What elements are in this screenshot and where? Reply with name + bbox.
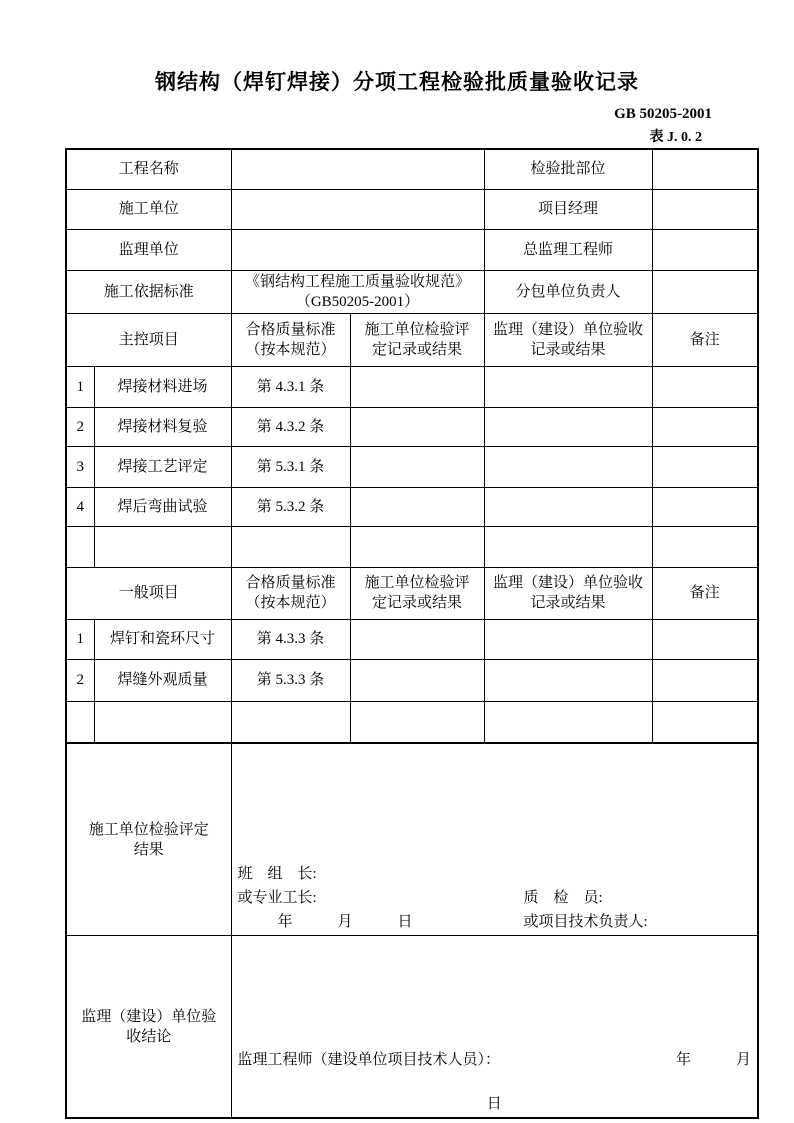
acceptance-record-table: 工程名称 检验批部位 施工单位 项目经理 监理单位 总监理工程师 施工依据标准 … bbox=[65, 148, 759, 1119]
item-number: 2 bbox=[66, 407, 94, 446]
item-name[interactable] bbox=[94, 526, 231, 567]
item-number: 4 bbox=[66, 487, 94, 526]
supervisor-result-cell[interactable] bbox=[484, 366, 652, 407]
contractor-result-cell[interactable] bbox=[350, 487, 484, 526]
supervisor-conclusion-row: 监理（建设）单位验 收结论 监理工程师（建设单位项目技术人员）： 年 月 日 bbox=[66, 936, 758, 1119]
contractor-value-cell[interactable] bbox=[231, 189, 484, 229]
general-items-header-row: 一般项目 合格质量标准 （按本规范） 施工单位检验评 定记录或结果 监理（建设）… bbox=[66, 567, 758, 619]
standard-code: GB 50205-2001 bbox=[614, 106, 712, 123]
inspection-lot-value-cell[interactable] bbox=[652, 149, 758, 189]
general-item-row-2: 2 焊缝外观质量 第 5.3.3 条 bbox=[66, 659, 758, 701]
main-item-row-2: 2 焊接材料复验 第 4.3.2 条 bbox=[66, 407, 758, 446]
main-items-header-row: 主控项目 合格质量标准 （按本规范） 施工单位检验评 定记录或结果 监理（建设）… bbox=[66, 313, 758, 366]
project-manager-value-cell[interactable] bbox=[652, 189, 758, 229]
item-number: 1 bbox=[66, 366, 94, 407]
signature-line-1: 班 组 长: 质 检 员: bbox=[232, 838, 758, 862]
subcontractor-head-value-cell[interactable] bbox=[652, 270, 758, 313]
info-row-supervisor: 监理单位 总监理工程师 bbox=[66, 229, 758, 270]
project-name-value-cell[interactable] bbox=[231, 149, 484, 189]
general-contractor-record-header: 施工单位检验评 定记录或结果 bbox=[350, 567, 484, 619]
item-number: 1 bbox=[66, 619, 94, 659]
contractor-result-cell[interactable] bbox=[350, 407, 484, 446]
contractor-result-cell[interactable] bbox=[350, 659, 484, 701]
supervisor-result-cell[interactable] bbox=[484, 446, 652, 487]
item-name: 焊钉和瓷环尺寸 bbox=[94, 619, 231, 659]
item-clause[interactable] bbox=[231, 701, 350, 743]
technical-head-label: 或项目技术负责人: bbox=[524, 910, 648, 934]
contractor-evaluation-content-cell[interactable]: 班 组 长: 质 检 员: 或专业工长: 或项目技术负责人: 年 月 日 年 月… bbox=[231, 743, 758, 936]
item-name: 焊接材料复验 bbox=[94, 407, 231, 446]
main-item-row-3: 3 焊接工艺评定 第 5.3.1 条 bbox=[66, 446, 758, 487]
item-name[interactable] bbox=[94, 701, 231, 743]
item-clause: 第 5.3.3 条 bbox=[231, 659, 350, 701]
item-clause: 第 5.3.1 条 bbox=[231, 446, 350, 487]
item-number: 3 bbox=[66, 446, 94, 487]
supervision-unit-label: 监理单位 bbox=[66, 229, 231, 270]
supervisor-conclusion-label: 监理（建设）单位验 收结论 bbox=[66, 936, 231, 1119]
remark-cell[interactable] bbox=[652, 487, 758, 526]
contractor-result-cell[interactable] bbox=[350, 701, 484, 743]
remark-cell[interactable] bbox=[652, 407, 758, 446]
conclusion-signature-line: 监理工程师（建设单位项目技术人员）： 年 月 bbox=[238, 1049, 752, 1071]
construction-standard-value: 《钢结构工程施工质量验收规范》 （GB50205-2001） bbox=[231, 270, 484, 313]
info-row-contractor: 施工单位 项目经理 bbox=[66, 189, 758, 229]
item-name: 焊后弯曲试验 bbox=[94, 487, 231, 526]
supervising-engineer-label: 监理工程师（建设单位项目技术人员）： bbox=[238, 1049, 501, 1071]
remark-cell[interactable] bbox=[652, 659, 758, 701]
project-name-label: 工程名称 bbox=[66, 149, 231, 189]
main-item-row-4: 4 焊后弯曲试验 第 5.3.2 条 bbox=[66, 487, 758, 526]
info-row-project: 工程名称 检验批部位 bbox=[66, 149, 758, 189]
contractor-evaluation-label: 施工单位检验评定 结果 bbox=[66, 743, 231, 936]
document-page: 钢结构（焊钉焊接）分项工程检验批质量验收记录 GB 50205-2001 表 J… bbox=[0, 0, 794, 1123]
table-number: 表 J. 0. 2 bbox=[650, 126, 703, 146]
subcontractor-head-label: 分包单位负责人 bbox=[484, 270, 652, 313]
remark-cell[interactable] bbox=[652, 526, 758, 567]
remark-cell[interactable] bbox=[652, 446, 758, 487]
conclusion-date-day: 日 bbox=[487, 1096, 502, 1112]
contractor-result-cell[interactable] bbox=[350, 446, 484, 487]
item-number bbox=[66, 701, 94, 743]
item-clause[interactable] bbox=[231, 526, 350, 567]
supervisor-result-cell[interactable] bbox=[484, 487, 652, 526]
item-name: 焊接工艺评定 bbox=[94, 446, 231, 487]
chief-engineer-value-cell[interactable] bbox=[652, 229, 758, 270]
general-supervisor-record-header: 监理（建设）单位验收 记录或结果 bbox=[484, 567, 652, 619]
contractor-result-cell[interactable] bbox=[350, 526, 484, 567]
item-name: 焊缝外观质量 bbox=[94, 659, 231, 701]
signature-line-2: 或专业工长: 或项目技术负责人: bbox=[232, 862, 758, 886]
supervisor-result-cell[interactable] bbox=[484, 659, 652, 701]
supervision-unit-value-cell[interactable] bbox=[231, 229, 484, 270]
remark-cell[interactable] bbox=[652, 619, 758, 659]
remark-cell[interactable] bbox=[652, 366, 758, 407]
item-clause: 第 4.3.3 条 bbox=[231, 619, 350, 659]
general-quality-standard-header: 合格质量标准 （按本规范） bbox=[231, 567, 350, 619]
item-clause: 第 5.3.2 条 bbox=[231, 487, 350, 526]
supervisor-result-cell[interactable] bbox=[484, 701, 652, 743]
item-clause: 第 4.3.2 条 bbox=[231, 407, 350, 446]
item-number: 2 bbox=[66, 659, 94, 701]
main-contractor-record-header: 施工单位检验评 定记录或结果 bbox=[350, 313, 484, 366]
item-number bbox=[66, 526, 94, 567]
info-row-standard: 施工依据标准 《钢结构工程施工质量验收规范》 （GB50205-2001） 分包… bbox=[66, 270, 758, 313]
main-supervisor-record-header: 监理（建设）单位验收 记录或结果 bbox=[484, 313, 652, 366]
supervisor-result-cell[interactable] bbox=[484, 526, 652, 567]
conclusion-date-day-line: 日 bbox=[238, 1071, 752, 1093]
supervisor-conclusion-content-cell[interactable]: 监理工程师（建设单位项目技术人员）： 年 月 日 bbox=[231, 936, 758, 1119]
item-clause: 第 4.3.1 条 bbox=[231, 366, 350, 407]
item-name: 焊接材料进场 bbox=[94, 366, 231, 407]
conclusion-signature-area: 监理工程师（建设单位项目技术人员）： 年 月 日 bbox=[232, 956, 758, 1097]
main-remark-header: 备注 bbox=[652, 313, 758, 366]
general-remark-header: 备注 bbox=[652, 567, 758, 619]
remark-cell[interactable] bbox=[652, 701, 758, 743]
conclusion-date-year-month: 年 月 bbox=[676, 1049, 751, 1071]
main-item-row-empty bbox=[66, 526, 758, 567]
general-items-category-header: 一般项目 bbox=[66, 567, 231, 619]
inspection-lot-label: 检验批部位 bbox=[484, 149, 652, 189]
construction-standard-label: 施工依据标准 bbox=[66, 270, 231, 313]
contractor-result-cell[interactable] bbox=[350, 619, 484, 659]
contractor-evaluation-row: 施工单位检验评定 结果 班 组 长: 质 检 员: 或专业工长: 或项目技术负责… bbox=[66, 743, 758, 936]
general-item-row-empty bbox=[66, 701, 758, 743]
contractor-result-cell[interactable] bbox=[350, 366, 484, 407]
supervisor-result-cell[interactable] bbox=[484, 619, 652, 659]
signature-area: 班 组 长: 质 检 员: 或专业工长: 或项目技术负责人: 年 月 日 年 月… bbox=[232, 764, 758, 915]
contractor-label: 施工单位 bbox=[66, 189, 231, 229]
main-items-category-header: 主控项目 bbox=[66, 313, 231, 366]
main-item-row-1: 1 焊接材料进场 第 4.3.1 条 bbox=[66, 366, 758, 407]
date-left: 年 月 日 bbox=[278, 914, 413, 930]
main-quality-standard-header: 合格质量标准 （按本规范） bbox=[231, 313, 350, 366]
date-line: 年 月 日 年 月 日 bbox=[232, 886, 758, 910]
page-title: 钢结构（焊钉焊接）分项工程检验批质量验收记录 bbox=[0, 66, 794, 96]
supervisor-result-cell[interactable] bbox=[484, 407, 652, 446]
general-item-row-1: 1 焊钉和瓷环尺寸 第 4.3.3 条 bbox=[66, 619, 758, 659]
chief-engineer-label: 总监理工程师 bbox=[484, 229, 652, 270]
project-manager-label: 项目经理 bbox=[484, 189, 652, 229]
